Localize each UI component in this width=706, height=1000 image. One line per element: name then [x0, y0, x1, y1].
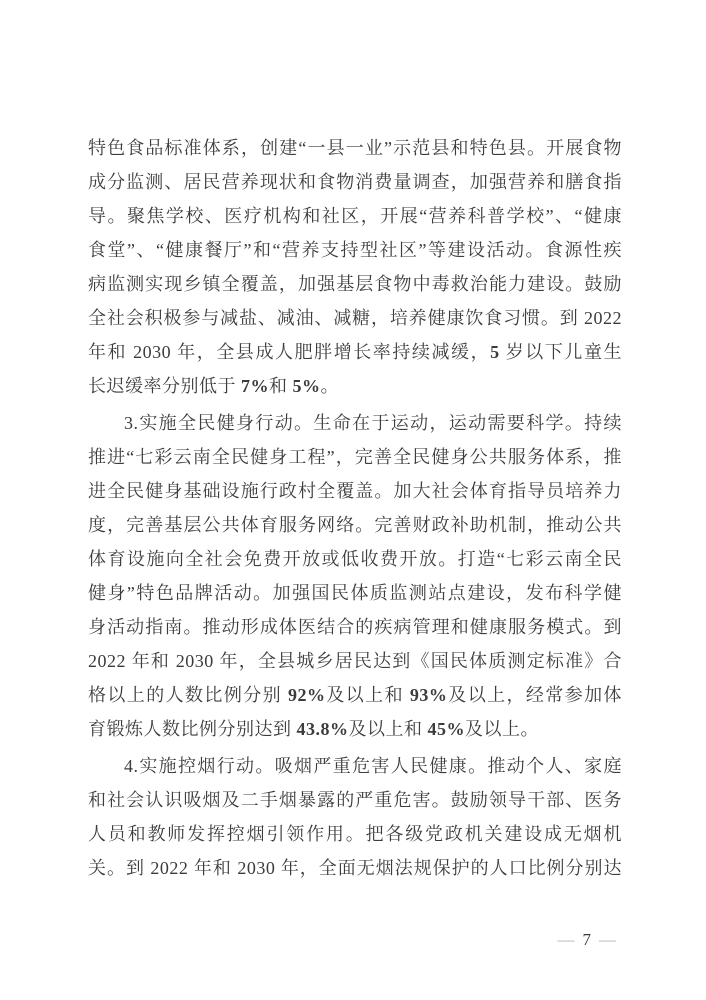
para-nutrition-action: 特色食品标准体系，创建“一县一业”示范县和特色县。开展食物成分监测、居民营养现状…	[88, 131, 622, 403]
text-segment: 体育设施向全社会免费开放或低收费开放。打造“七彩云南全民	[88, 549, 622, 569]
text-line: 食堂”、“健康餐厅”和“营养支持型社区”等建设活动。食源性疾	[88, 233, 622, 267]
text-segment: 格以上的人数比例分别	[88, 685, 288, 705]
text-segment: 4.实施控烟行动。吸烟严重危害人民健康。推动个人、家庭	[124, 756, 622, 776]
page-number: 7	[577, 930, 600, 949]
text-segment: 特色食品标准体系，创建“一县一业”示范县和特色县。开展食物	[88, 138, 622, 158]
target-value: 5%	[293, 376, 321, 396]
text-line: 进全民健身基础设施行政村全覆盖。加大社会体育指导员培养力	[88, 474, 622, 508]
text-line: 特色食品标准体系，创建“一县一业”示范县和特色县。开展食物	[88, 131, 622, 165]
text-line: 格以上的人数比例分别 92%及以上和 93%及以上，经常参加体	[88, 678, 622, 712]
text-line: 度，完善基层公共体育服务网络。完善财政补助机制，推动公共	[88, 508, 622, 542]
para-fitness-action: 3.实施全民健身行动。生命在于运动，运动需要科学。持续推进“七彩云南全民健身工程…	[88, 406, 622, 746]
text-line: 2022 年和 2030 年，全县城乡居民达到《国民体质测定标准》合	[88, 644, 622, 678]
text-segment: 岁以下儿童生	[500, 342, 622, 362]
text-segment: 进全民健身基础设施行政村全覆盖。加大社会体育指导员培养力	[88, 481, 622, 501]
text-segment: 年和 2030 年，全县成人肥胖增长率持续减缓，	[88, 342, 490, 362]
text-line: 4.实施控烟行动。吸烟严重危害人民健康。推动个人、家庭	[88, 749, 622, 783]
text-line: 人员和教师发挥控烟引领作用。把各级党政机关建设成无烟机	[88, 817, 622, 851]
target-value: 45%	[428, 719, 466, 739]
text-segment: 。	[321, 376, 340, 396]
target-value: 7%	[241, 376, 269, 396]
target-value: 5	[490, 342, 500, 362]
text-line: 全社会积极参与减盐、减油、减糖，培养健康饮食习惯。到 2022	[88, 301, 622, 335]
target-value: 93%	[410, 685, 448, 705]
text-line: 体育设施向全社会免费开放或低收费开放。打造“七彩云南全民	[88, 542, 622, 576]
text-line: 和社会认识吸烟及二手烟暴露的严重危害。鼓励领导干部、医务	[88, 783, 622, 817]
text-segment: 和	[269, 376, 293, 396]
footer-dash-left: —	[558, 930, 577, 949]
text-segment: 病监测实现乡镇全覆盖，加强基层食物中毒救治能力建设。鼓励	[88, 274, 622, 294]
text-segment: 及以上。	[465, 719, 539, 739]
text-line: 年和 2030 年，全县成人肥胖增长率持续减缓，5 岁以下儿童生	[88, 335, 622, 369]
target-value: 92%	[288, 685, 326, 705]
text-line: 身活动指南。推动形成体医结合的疾病管理和健康服务模式。到	[88, 610, 622, 644]
text-segment: 人员和教师发挥控烟引领作用。把各级党政机关建设成无烟机	[88, 824, 622, 844]
page-footer: —7—	[558, 930, 619, 950]
text-line: 病监测实现乡镇全覆盖，加强基层食物中毒救治能力建设。鼓励	[88, 267, 622, 301]
text-segment: 和社会认识吸烟及二手烟暴露的严重危害。鼓励领导干部、医务	[88, 790, 622, 810]
text-segment: 推进“七彩云南全民健身工程”，完善全民健身公共服务体系，推	[88, 447, 622, 467]
text-segment: 全社会积极参与减盐、减油、减糖，培养健康饮食习惯。到 2022	[88, 308, 622, 328]
text-segment: 育锻炼人数比例分别达到	[88, 719, 297, 739]
text-segment: 3.实施全民健身行动。生命在于运动，运动需要科学。持续	[124, 413, 622, 433]
text-segment: 及以上和	[349, 719, 428, 739]
para-tobacco-control-action: 4.实施控烟行动。吸烟严重危害人民健康。推动个人、家庭和社会认识吸烟及二手烟暴露…	[88, 749, 622, 885]
footer-dash-right: —	[599, 930, 618, 949]
text-line: 长迟缓率分别低于 7%和 5%。	[88, 369, 622, 403]
text-segment: 2022 年和 2030 年，全县城乡居民达到《国民体质测定标准》合	[88, 651, 622, 671]
text-segment: 及以上，经常参加体	[447, 685, 622, 705]
text-line: 3.实施全民健身行动。生命在于运动，运动需要科学。持续	[88, 406, 622, 440]
text-line: 推进“七彩云南全民健身工程”，完善全民健身公共服务体系，推	[88, 440, 622, 474]
text-segment: 健身”特色品牌活动。加强国民体质监测站点建设，发布科学健	[88, 583, 622, 603]
text-segment: 关。到 2022 年和 2030 年，全面无烟法规保护的人口比例分别达	[88, 858, 622, 878]
text-segment: 长迟缓率分别低于	[88, 376, 241, 396]
text-line: 关。到 2022 年和 2030 年，全面无烟法规保护的人口比例分别达	[88, 851, 622, 885]
text-segment: 导。聚焦学校、医疗机构和社区，开展“营养科普学校”、“健康	[88, 206, 622, 226]
target-value: 43.8%	[297, 719, 349, 739]
text-segment: 度，完善基层公共体育服务网络。完善财政补助机制，推动公共	[88, 515, 622, 535]
text-line: 导。聚焦学校、医疗机构和社区，开展“营养科普学校”、“健康	[88, 199, 622, 233]
text-block: 特色食品标准体系，创建“一县一业”示范县和特色县。开展食物成分监测、居民营养现状…	[88, 131, 622, 885]
text-segment: 及以上和	[325, 685, 409, 705]
text-line: 成分监测、居民营养现状和食物消费量调查，加强营养和膳食指	[88, 165, 622, 199]
text-segment: 食堂”、“健康餐厅”和“营养支持型社区”等建设活动。食源性疾	[88, 240, 622, 260]
text-line: 育锻炼人数比例分别达到 43.8%及以上和 45%及以上。	[88, 712, 622, 746]
text-segment: 身活动指南。推动形成体医结合的疾病管理和健康服务模式。到	[88, 617, 622, 637]
document-page: 特色食品标准体系，创建“一县一业”示范县和特色县。开展食物成分监测、居民营养现状…	[0, 0, 706, 1000]
text-line: 健身”特色品牌活动。加强国民体质监测站点建设，发布科学健	[88, 576, 622, 610]
text-segment: 成分监测、居民营养现状和食物消费量调查，加强营养和膳食指	[88, 172, 622, 192]
